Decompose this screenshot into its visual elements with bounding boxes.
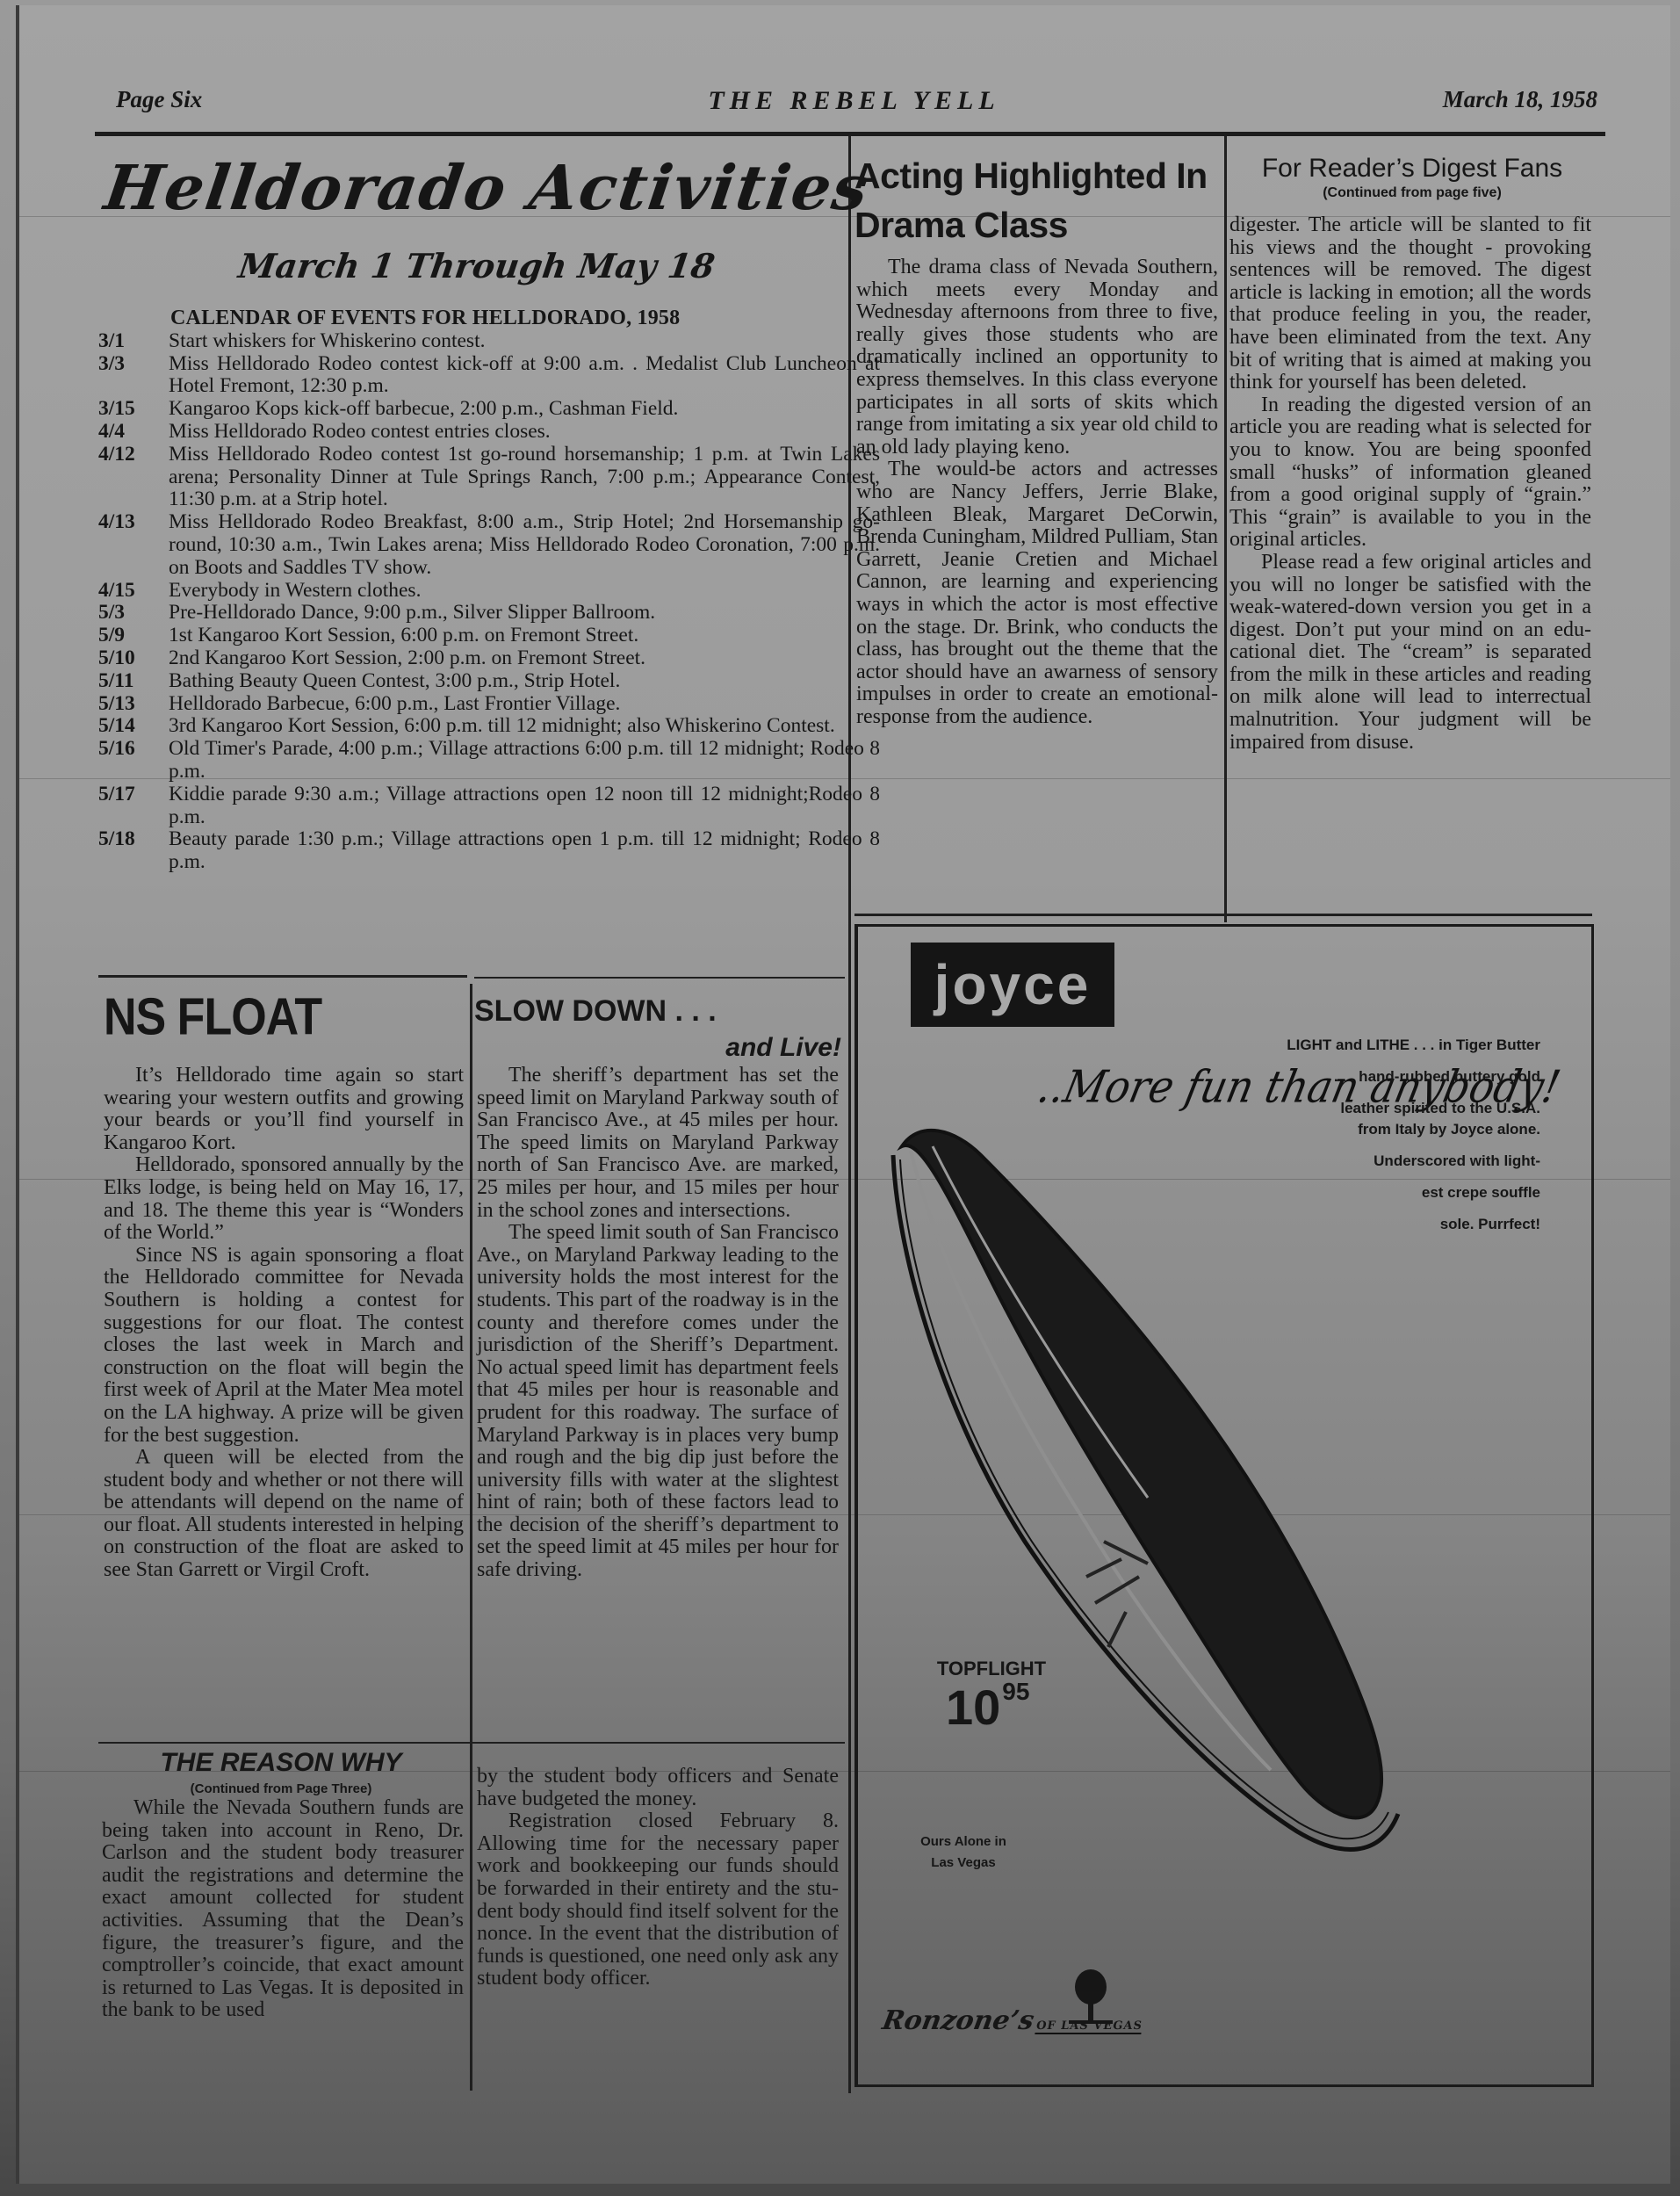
event-description: Miss Helldorado Rodeo contest kick-off a…: [169, 353, 880, 399]
event-date: 3/15: [98, 398, 169, 421]
article-paragraph: Please read a few original ar­ticles and…: [1229, 552, 1591, 754]
section-rule: [474, 977, 845, 979]
continued-note: (Continued from Page Three): [97, 1781, 465, 1796]
helldorado-subheadline: March 1 Through May 18: [236, 246, 717, 285]
issue-date: March 18, 1958: [1443, 86, 1597, 113]
ad-copy: LIGHT and LITHE . . . in Tiger Butter . …: [1172, 1029, 1540, 1240]
ns-float-article-body: It’s Helldorado time again so start wear…: [104, 1065, 464, 1582]
ad-copy-line: Underscored with light-: [1172, 1145, 1540, 1177]
calendar-heading: CALENDAR OF EVENTS FOR HELLDORADO, 1958: [98, 307, 880, 330]
calendar-of-events: CALENDAR OF EVENTS FOR HELLDORADO, 1958 …: [98, 307, 880, 874]
event-date: 4/12: [98, 444, 169, 511]
calendar-event: 5/143rd Kangaroo Kort Session, 6:00 p.m.…: [98, 715, 880, 738]
event-date: 5/3: [98, 602, 169, 625]
article-paragraph: The sheriff’s department has set the spe…: [477, 1065, 839, 1222]
exclusive-line: Las Vegas: [893, 1853, 1034, 1874]
event-date: 5/18: [98, 828, 169, 874]
event-date: 3/3: [98, 353, 169, 399]
article-paragraph: In reading the digested ver­sion of an a…: [1229, 394, 1591, 552]
reason-why-body-col1: While the Nevada Southern funds are bein…: [102, 1797, 464, 2022]
article-paragraph: A queen will be elected from the student…: [104, 1447, 464, 1582]
event-date: 5/16: [98, 738, 169, 784]
event-date: 5/9: [98, 625, 169, 647]
article-paragraph: The would-be actors and ac­tresses who a…: [856, 459, 1218, 728]
event-date: 5/11: [98, 670, 169, 693]
price-cents: 95: [1002, 1678, 1029, 1705]
section-rule: [98, 975, 467, 978]
readers-digest-article-body: digester. The article will be slanted to…: [1229, 214, 1591, 754]
article-paragraph: Registration closed February 8. Allowing…: [477, 1810, 839, 1990]
event-description: 2nd Kangaroo Kort Session, 2:00 p.m. on …: [169, 647, 880, 670]
event-date: 5/10: [98, 647, 169, 670]
calendar-event: 5/91st Kangaroo Kort Session, 6:00 p.m. …: [98, 625, 880, 647]
article-paragraph: The speed limit south of San Francisco A…: [477, 1222, 839, 1582]
event-date: 5/17: [98, 784, 169, 829]
calendar-event: 4/4Miss Helldorado Rodeo contest entries…: [98, 421, 880, 444]
slow-down-article-body: The sheriff’s department has set the spe…: [477, 1065, 839, 1582]
calendar-event: 3/3Miss Helldorado Rodeo contest kick-of…: [98, 353, 880, 399]
calendar-event: 4/15Everybody in Western clothes.: [98, 580, 880, 603]
event-date: 4/4: [98, 421, 169, 444]
calendar-event: 5/3Pre-Helldorado Dance, 9:00 p.m., Silv…: [98, 602, 880, 625]
event-date: 5/14: [98, 715, 169, 738]
calendar-event: 5/13Helldorado Barbecue, 6:00 p.m., Last…: [98, 693, 880, 716]
calendar-event: 4/13Miss Helldorado Rodeo Breakfast, 8:0…: [98, 511, 880, 579]
calendar-event: 3/1Start whiskers for Whiskerino contest…: [98, 330, 880, 353]
article-paragraph: While the Nevada Southern funds are bein…: [102, 1797, 464, 2022]
shoe-price: 1095: [946, 1678, 1029, 1736]
store-name: Ronzone’s: [880, 2005, 1036, 2036]
event-description: Miss Helldorado Rodeo Breakfast, 8:00 a.…: [169, 511, 880, 579]
acting-headline: Acting Highlighted In Drama Class: [854, 151, 1223, 249]
calendar-event: 3/15Kangaroo Kops kick-off barbecue, 2:0…: [98, 398, 880, 421]
article-paragraph: by the student body officers and Senate …: [477, 1766, 839, 1810]
article-paragraph: Helldorado, sponsored annually by the El…: [104, 1154, 464, 1244]
calendar-event: 5/16Old Timer's Parade, 4:00 p.m.; Villa…: [98, 738, 880, 784]
event-description: Start whiskers for Whiskerino contest.: [169, 330, 880, 353]
event-description: Bathing Beauty Queen Contest, 3:00 p.m.,…: [169, 670, 880, 693]
event-description: 3rd Kangaroo Kort Session, 6:00 p.m. til…: [169, 715, 880, 738]
exclusive-line: Ours Alone in: [893, 1831, 1034, 1853]
slow-down-headline: SLOW DOWN . . .: [474, 994, 717, 1029]
event-description: Kangaroo Kops kick-off barbecue, 2:00 p.…: [169, 398, 880, 421]
ns-float-headline: NS FLOAT: [104, 987, 321, 1048]
event-description: Miss Helldorado Rodeo contest 1st go-rou…: [169, 444, 880, 511]
event-description: 1st Kangaroo Kort Session, 6:00 p.m. on …: [169, 625, 880, 647]
article-paragraph: It’s Helldorado time again so start wear…: [104, 1065, 464, 1154]
event-description: Beauty parade 1:30 p.m.; Village attract…: [169, 828, 880, 874]
acting-article-body: The drama class of Nevada Southern, whic…: [856, 256, 1218, 728]
article-paragraph: digester. The article will be slanted to…: [1229, 214, 1591, 394]
calendar-list: 3/1Start whiskers for Whiskerino contest…: [98, 330, 880, 874]
event-date: 5/13: [98, 693, 169, 716]
event-date: 4/15: [98, 580, 169, 603]
slow-down-subheadline: and Live!: [685, 1033, 841, 1063]
joyce-logo: joyce: [911, 943, 1114, 1027]
calendar-event: 4/12Miss Helldorado Rodeo contest 1st go…: [98, 444, 880, 511]
masthead: Page Six THE REBEL YELL March 18, 1958: [105, 86, 1603, 125]
continued-note: (Continued from page five): [1228, 185, 1597, 201]
column-divider: [1224, 136, 1227, 922]
reason-why-body-col2: by the student body officers and Senate …: [477, 1766, 839, 1990]
calendar-event: 5/11Bathing Beauty Queen Contest, 3:00 p…: [98, 670, 880, 693]
tree-icon: [1069, 1968, 1113, 2029]
event-description: Everybody in Western clothes.: [169, 580, 880, 603]
newspaper-name: THE REBEL YELL: [105, 86, 1603, 116]
helldorado-headline: Helldorado Activities: [100, 151, 857, 224]
column-divider: [470, 984, 472, 2091]
event-date: 3/1: [98, 330, 169, 353]
reason-why-headline: THE REASON WHY: [97, 1748, 465, 1778]
price-dollars: 10: [946, 1680, 1000, 1735]
ad-copy-line: LIGHT and LITHE . . . in Tiger Butter: [1172, 1029, 1540, 1061]
event-description: Miss Helldorado Rodeo contest entries cl…: [169, 421, 880, 444]
event-description: Kiddie parade 9:30 a.m.; Village attract…: [169, 784, 880, 829]
event-description: Helldorado Barbecue, 6:00 p.m., Last Fro…: [169, 693, 880, 716]
joyce-shoe-advertisement: joyce ..More fun than anybody! LIGHT and…: [854, 924, 1594, 2087]
section-rule: [854, 914, 1592, 916]
ad-copy-line: est crepe souffle: [1172, 1177, 1540, 1209]
ad-copy-line: . . . hand-rubbed buttery gold: [1172, 1061, 1540, 1093]
article-paragraph: The drama class of Nevada Southern, whic…: [856, 256, 1218, 459]
section-rule: [98, 1742, 845, 1744]
event-description: Old Timer's Parade, 4:00 p.m.; Village a…: [169, 738, 880, 784]
event-date: 4/13: [98, 511, 169, 579]
ad-copy-line: sole. Purrfect!: [1172, 1209, 1540, 1240]
calendar-event: 5/17Kiddie parade 9:30 a.m.; Village att…: [98, 784, 880, 829]
calendar-event: 5/102nd Kangaroo Kort Session, 2:00 p.m.…: [98, 647, 880, 670]
event-description: Pre-Helldorado Dance, 9:00 p.m., Silver …: [169, 602, 880, 625]
exclusive-note: Ours Alone in Las Vegas: [893, 1831, 1034, 1874]
calendar-event: 5/18Beauty parade 1:30 p.m.; Village att…: [98, 828, 880, 874]
readers-digest-headline: For Reader’s Digest Fans: [1228, 154, 1597, 184]
article-paragraph: Since NS is again sponsoring a float the…: [104, 1245, 464, 1447]
